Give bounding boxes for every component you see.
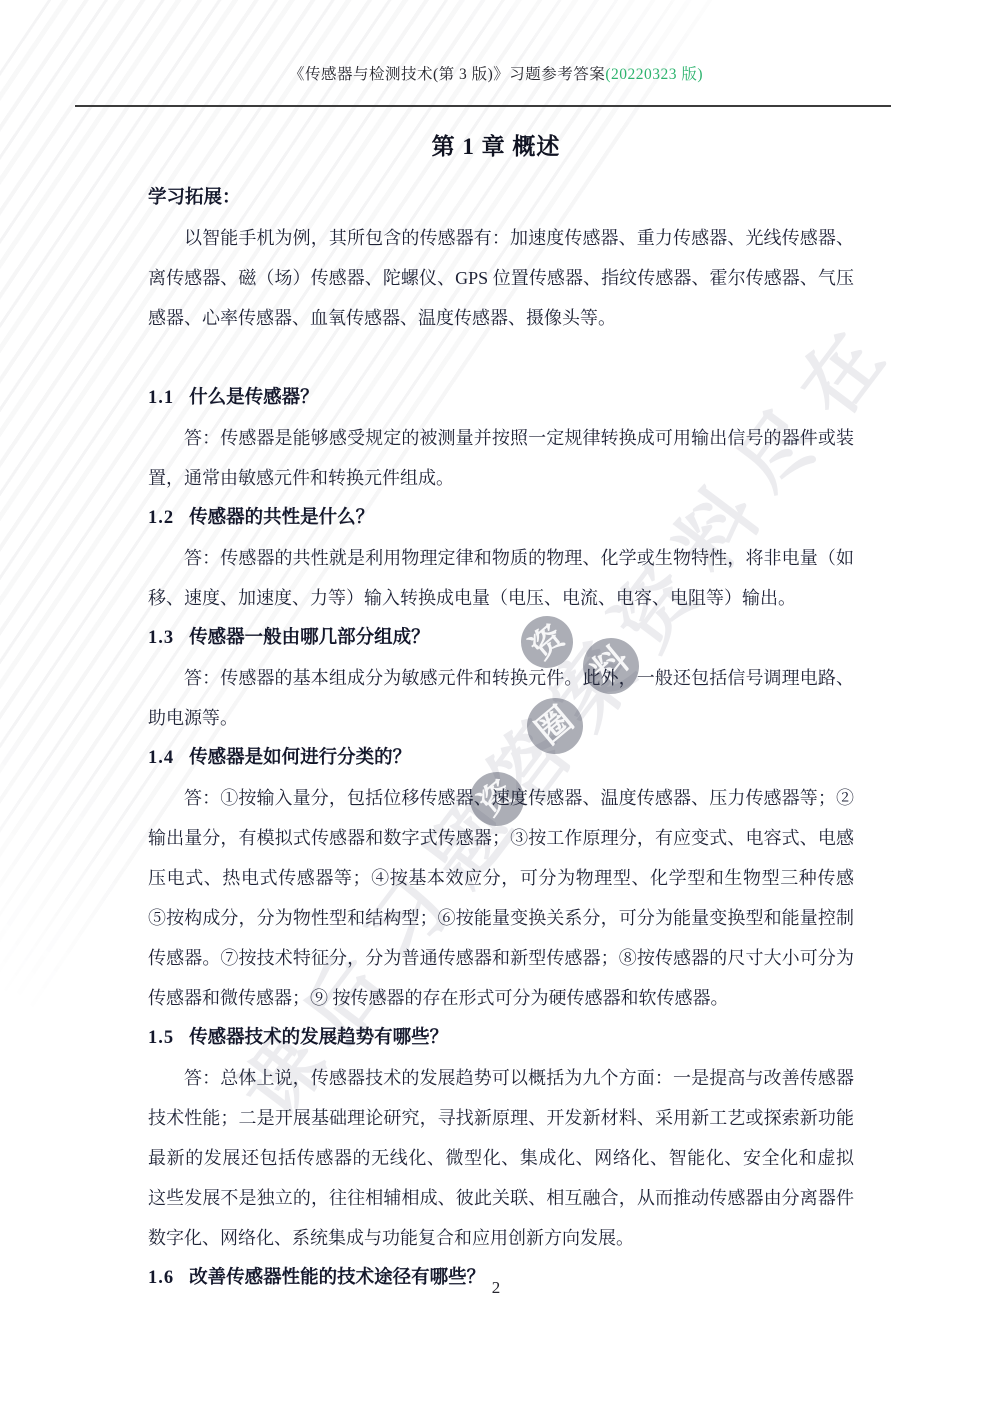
text-line: 传感器和微传感器；⑨ 按传感器的存在形式可分为硬传感器和软传感器。 [148,978,854,1018]
document-header: 《传感器与检测技术(第 3 版)》习题参考答案(20220323 版) [0,62,992,84]
text-line: 答：传感器是能够感受规定的被测量并按照一定规律转换成可用输出信号的器件或装 [148,418,854,458]
text-line: 技术性能；二是开展基础理论研究，寻找新原理、开发新材料、采用新工艺或探索新功能等… [148,1098,854,1138]
header-divider [75,105,891,107]
answer-paragraph: 答：传感器的基本组成分为敏感元件和转换元件。此外，一般还包括信号调理电路、辅助电… [148,658,854,738]
question-number: 1.2 [148,498,174,538]
answer-paragraph: 答：传感器的共性就是利用物理定律和物质的物理、化学或生物特性，将非电量（如位移、… [148,538,854,618]
text-line: 移、速度、加速度、力等）输入转换成电量（电压、电流、电容、电阻等）输出。 [148,578,854,618]
text-line: 输出量分，有模拟式传感器和数字式传感器；③按工作原理分，有应变式、电容式、电感式… [148,818,854,858]
question-title: 传感器一般由哪几部分组成？ [189,628,430,648]
question-heading: 1.5传感器技术的发展趋势有哪些？ [148,1018,854,1058]
question-number: 1.4 [148,738,174,778]
question-heading: 1.3传感器一般由哪几部分组成？ [148,618,854,658]
text-line: 置，通常由敏感元件和转换元件组成。 [148,458,854,498]
document-body: 学习拓展：以智能手机为例，其所包含的传感器有：加速度传感器、重力传感器、光线传感… [148,178,854,1298]
page-number: 2 [0,1278,992,1298]
question-title: 什么是传感器？ [189,388,319,408]
text-line: 以智能手机为例，其所包含的传感器有：加速度传感器、重力传感器、光线传感器、距 [148,218,854,258]
question-title: 传感器是如何进行分类的？ [189,748,411,768]
text-line: 答：总体上说，传感器技术的发展趋势可以概括为九个方面：一是提高与改善传感器的 [148,1058,854,1098]
document-page: 课后习题答案资料尽在 资料圈资 《传感器与检测技术(第 3 版)》习题参考答案(… [0,0,992,1403]
text-line: 传感器。⑦按技术特征分，分为普通传感器和新型传感器；⑧按传感器的尺寸大小可分为宏 [148,938,854,978]
question-title: 传感器技术的发展趋势有哪些？ [189,1028,448,1048]
text-line: 这些发展不是独立的，往往相辅相成、彼此关联、相互融合，从而推动传感器由分离器件向 [148,1178,854,1218]
question-title: 传感器的共性是什么？ [189,508,374,528]
question-number: 1.1 [148,378,174,418]
document-title: 《传感器与检测技术(第 3 版)》习题参考答案 [289,66,605,83]
text-line: 答：①按输入量分，包括位移传感器、速度传感器、温度传感器、压力传感器等；②按 [148,778,854,818]
question-heading: 1.4传感器是如何进行分类的？ [148,738,854,778]
text-line: 离传感器、磁（场）传感器、陀螺仪、GPS 位置传感器、指纹传感器、霍尔传感器、气… [148,258,854,298]
answer-paragraph: 答：①按输入量分，包括位移传感器、速度传感器、温度传感器、压力传感器等；②按输出… [148,778,854,1018]
blank-line [148,338,854,378]
text-line: 助电源等。 [148,698,854,738]
answer-paragraph: 以智能手机为例，其所包含的传感器有：加速度传感器、重力传感器、光线传感器、距离传… [148,218,854,338]
text-line: 答：传感器的共性就是利用物理定律和物质的物理、化学或生物特性，将非电量（如位 [148,538,854,578]
question-number: 1.3 [148,618,174,658]
answer-paragraph: 答：总体上说，传感器技术的发展趋势可以概括为九个方面：一是提高与改善传感器的技术… [148,1058,854,1258]
document-version: (20220323 版) [605,66,703,83]
text-line: 答：传感器的基本组成分为敏感元件和转换元件。此外，一般还包括信号调理电路、辅 [148,658,854,698]
text-line: 感器、心率传感器、血氧传感器、温度传感器、摄像头等。 [148,298,854,338]
section-label: 学习拓展： [148,178,854,218]
chapter-title: 第 1 章 概述 [0,128,992,161]
text-line: 数字化、网络化、系统集成与功能复合和应用创新方向发展。 [148,1218,854,1258]
text-line: 最新的发展还包括传感器的无线化、微型化、集成化、网络化、智能化、安全化和虚拟化。 [148,1138,854,1178]
question-heading: 1.1什么是传感器？ [148,378,854,418]
text-line: ⑤按构成分，分为物性型和结构型；⑥按能量变换关系分，可分为能量变换型和能量控制型 [148,898,854,938]
answer-paragraph: 答：传感器是能够感受规定的被测量并按照一定规律转换成可用输出信号的器件或装置，通… [148,418,854,498]
text-line: 压电式、热电式传感器等；④按基本效应分，可分为物理型、化学型和生物型三种传感器； [148,858,854,898]
question-heading: 1.2传感器的共性是什么？ [148,498,854,538]
question-number: 1.5 [148,1018,174,1058]
